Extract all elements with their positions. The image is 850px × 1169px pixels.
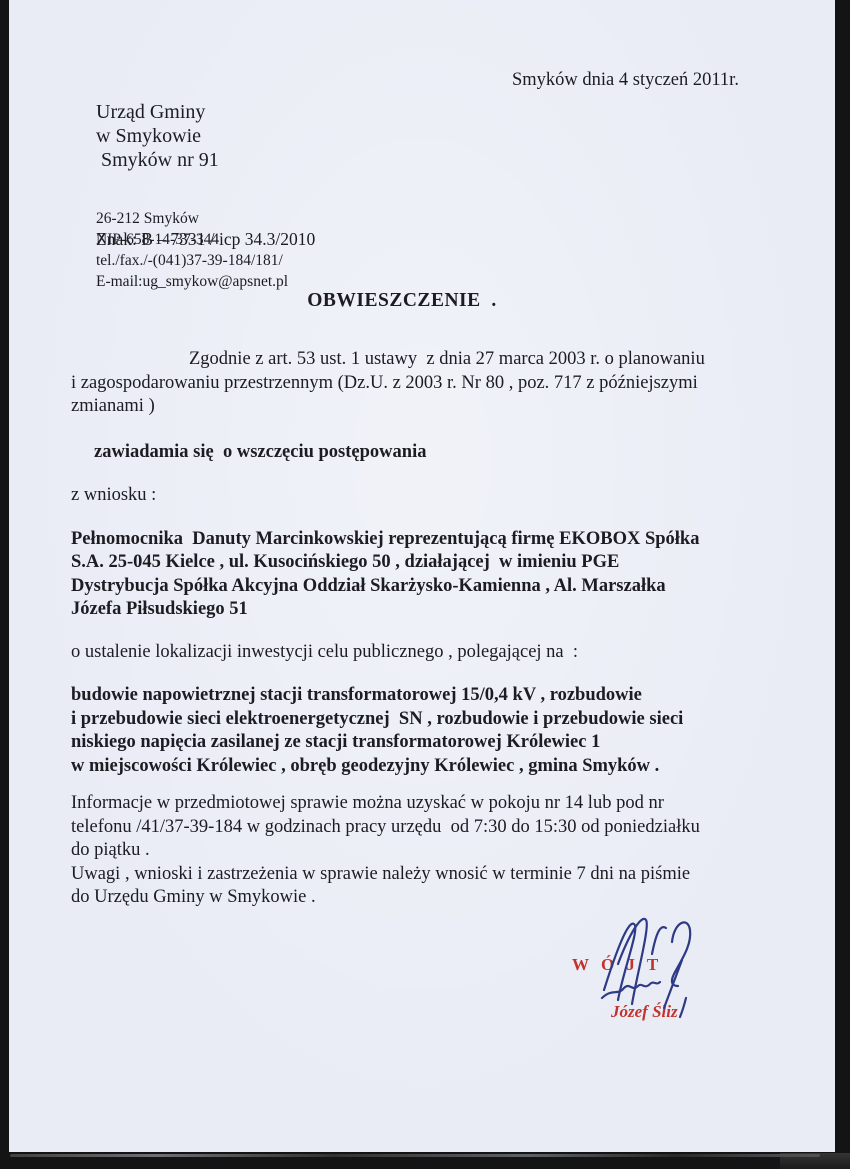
text-line: Zgodnie z art. 53 ust. 1 ustawy z dnia 2… — [71, 348, 799, 372]
scanner-background: Urząd Gminyw Smykowie Smyków nr 91 26-21… — [0, 0, 850, 1169]
document-body: Zgodnie z art. 53 ust. 1 ustawy z dnia 2… — [71, 348, 799, 910]
text-line: zmianami ) — [71, 395, 799, 419]
text-line: Uwagi , wnioski i zastrzeżenia w sprawie… — [71, 863, 799, 887]
text-line: do piątku . — [71, 839, 799, 863]
paragraph-investment-description: budowie napowietrznej stacji transformat… — [71, 684, 799, 778]
paragraph-contact-info: Informacje w przedmiotowej sprawie można… — [71, 792, 799, 910]
sender-contact-details: 26-212 SmykówNIP-658-14-37-344tel./fax./… — [96, 208, 288, 292]
paragraph-legal-basis: Zgodnie z art. 53 ust. 1 ustawy z dnia 2… — [71, 348, 799, 419]
scanned-page: Urząd Gminyw Smykowie Smyków nr 91 26-21… — [9, 0, 835, 1152]
text-line: Urząd Gminy — [96, 100, 288, 124]
text-line: tel./fax./-(041)37-39-184/181/ — [96, 250, 288, 271]
scanner-edge-glow — [780, 1153, 850, 1169]
sender-organization: Urząd Gminyw Smykowie Smyków nr 91 — [96, 100, 288, 172]
text-line: w miejscowości Królewiec , obręb geodezy… — [71, 755, 799, 779]
text-line: E-mail:ug_smykow@apsnet.pl — [96, 271, 288, 292]
text-line: Informacje w przedmiotowej sprawie można… — [71, 792, 799, 816]
handwritten-signature-icon — [594, 912, 709, 1022]
text-line: 26-212 Smyków — [96, 208, 288, 229]
sender-address-block: Urząd Gminyw Smykowie Smyków nr 91 26-21… — [96, 64, 288, 328]
text-line: Dystrybucja Spółka Akcyjna Oddział Skarż… — [71, 575, 799, 599]
paragraph-applicant: Pełnomocnika Danuty Marcinkowskiej repre… — [71, 528, 799, 622]
paragraph-purpose: o ustalenie lokalizacji inwestycji celu … — [71, 641, 799, 665]
text-line: Pełnomocnika Danuty Marcinkowskiej repre… — [71, 528, 799, 552]
text-line: i przebudowie sieci elektroenergetycznej… — [71, 708, 799, 732]
signature-block: W Ó J T Józef Śliz — [554, 912, 794, 1042]
paragraph-notice: zawiadamia się o wszczęciu postępowania — [71, 441, 799, 465]
paper-bottom-edge — [10, 1154, 820, 1157]
text-line: do Urzędu Gminy w Smykowie . — [71, 886, 799, 910]
text-line: budowie napowietrznej stacji transformat… — [71, 684, 799, 708]
text-line: Józefa Piłsudskiego 51 — [71, 598, 799, 622]
reference-number: Znak: B – 7331 / icp 34.3/2010 — [96, 229, 315, 250]
text-line: telefonu /41/37-39-184 w godzinach pracy… — [71, 816, 799, 840]
date-line: Smyków dnia 4 styczeń 2011r. — [512, 70, 739, 91]
text-line: Smyków nr 91 — [96, 148, 288, 172]
text-line: w Smykowie — [96, 124, 288, 148]
text-line: S.A. 25-045 Kielce , ul. Kusocińskiego 5… — [71, 551, 799, 575]
text-line: i zagospodarowaniu przestrzennym (Dz.U. … — [71, 372, 799, 396]
paragraph-request: z wniosku : — [71, 484, 799, 508]
document-title: OBWIESZCZENIE . — [9, 290, 795, 312]
text-line: niskiego napięcia zasilanej ze stacji tr… — [71, 731, 799, 755]
